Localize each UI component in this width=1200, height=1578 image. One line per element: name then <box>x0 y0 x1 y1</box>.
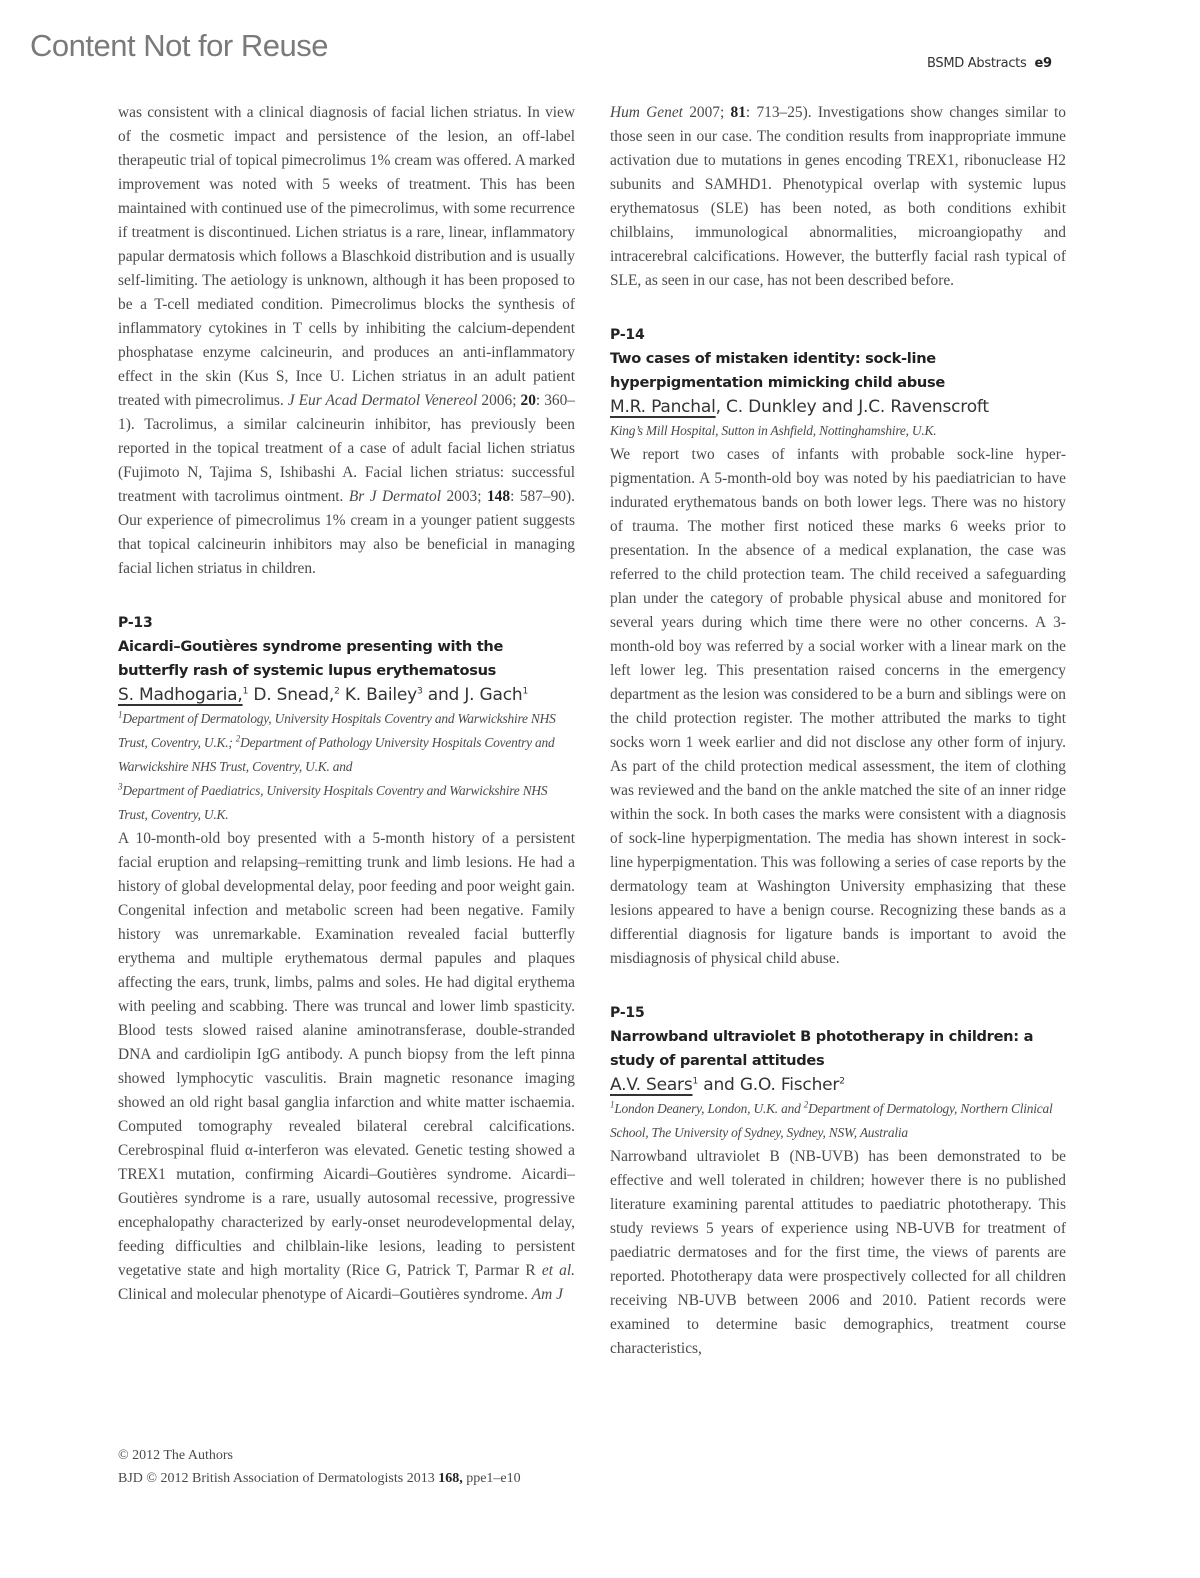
presenting-author: A.V. Sears <box>610 1075 693 1095</box>
ref-volume: 81 <box>731 104 746 121</box>
section-title: BSMD Abstracts <box>927 56 1026 71</box>
copyright-line: © 2012 The Authors <box>118 1444 521 1467</box>
journal-citation: BJD © 2012 British Association of Dermat… <box>118 1471 438 1486</box>
left-column: was consistent with a clinical diagnosis… <box>118 101 575 1307</box>
abstract-title: Two cases of mistaken identity: sock-lin… <box>610 347 1066 395</box>
affiliation: King’s Mill Hospital, Sutton in Ashfield… <box>610 419 1066 443</box>
author: , C. Dunkley and J.C. Ravenscroft <box>716 397 989 417</box>
abstract-p14: P-14 Two cases of mistaken identity: soc… <box>610 323 1066 971</box>
ref-year: 2006; <box>477 392 520 409</box>
journal-name: Hum Genet <box>610 104 683 121</box>
journal-name: Am J <box>532 1286 563 1303</box>
continued-abstract-text: Hum Genet 2007; 81: 713–25). Investigati… <box>610 101 1066 293</box>
ref-year: 2003; <box>441 488 487 505</box>
author: D. Snead, <box>248 685 334 705</box>
abstract-title: Aicardi–Goutières syndrome presenting wi… <box>118 635 575 683</box>
abstract-p15: P-15 Narrowband ultraviolet B photothera… <box>610 1001 1066 1361</box>
abstract-code: P-13 <box>118 611 575 635</box>
presenting-author: M.R. Panchal <box>610 397 716 417</box>
body-text: : 713–25). Investigations show changes s… <box>610 104 1066 289</box>
author-list: M.R. Panchal, C. Dunkley and J.C. Ravens… <box>610 395 1066 419</box>
journal-name: Br J Dermatol <box>349 488 441 505</box>
presenting-author: S. Madhogaria, <box>118 685 243 705</box>
journal-citation-line: BJD © 2012 British Association of Dermat… <box>118 1467 521 1490</box>
affiliation-marker: 1 <box>522 686 528 696</box>
abstract-title: Narrowband ultraviolet B phototherapy in… <box>610 1025 1066 1073</box>
author: K. Bailey <box>340 685 417 705</box>
page-footer: © 2012 The Authors BJD © 2012 British As… <box>118 1444 521 1490</box>
abstract-body: A 10-month-old boy presented with a 5-mo… <box>118 827 575 1307</box>
journal-pages: ppe1–e10 <box>463 1471 521 1486</box>
running-head: BSMD Abstractse9 <box>927 56 1052 71</box>
affiliation-marker: 2 <box>839 1076 845 1086</box>
author: and G.O. Fischer <box>698 1075 839 1095</box>
ref-volume: 148 <box>487 488 510 505</box>
affiliation: London Deanery, London, U.K. and <box>614 1101 803 1116</box>
author-list: A.V. Sears1 and G.O. Fischer2 <box>610 1073 1066 1097</box>
affiliations: 1London Deanery, London, U.K. and 2Depar… <box>610 1097 1066 1145</box>
ref-year: 2007; <box>683 104 731 121</box>
author: and J. Gach <box>423 685 523 705</box>
et-al: et al. <box>542 1262 575 1279</box>
abstract-p13: P-13 Aicardi–Goutières syndrome presenti… <box>118 611 575 1307</box>
author-list: S. Madhogaria,1 D. Snead,2 K. Bailey3 an… <box>118 683 575 707</box>
abstract-code: P-14 <box>610 323 1066 347</box>
abstract-code: P-15 <box>610 1001 1066 1025</box>
body-text: was consistent with a clinical diagnosis… <box>118 104 575 409</box>
body-text: Clinical and molecular phenotype of Aica… <box>118 1286 532 1303</box>
journal-volume: 168, <box>438 1471 463 1486</box>
ref-volume: 20 <box>521 392 536 409</box>
abstract-body: Narrowband ultraviolet B (NB-UVB) has be… <box>610 1145 1066 1361</box>
body-text: A 10-month-old boy presented with a 5-mo… <box>118 830 575 1279</box>
abstract-body: We report two cases of infants with prob… <box>610 443 1066 971</box>
page-number: e9 <box>1034 56 1051 71</box>
affiliation: Department of Paediatrics, University Ho… <box>118 783 547 822</box>
watermark: Content Not for Reuse <box>30 28 328 64</box>
journal-name: J Eur Acad Dermatol Venereol <box>288 392 478 409</box>
affiliations: 1Department of Dermatology, University H… <box>118 707 575 827</box>
right-column: Hum Genet 2007; 81: 713–25). Investigati… <box>610 101 1066 1361</box>
continued-abstract-text: was consistent with a clinical diagnosis… <box>118 101 575 581</box>
